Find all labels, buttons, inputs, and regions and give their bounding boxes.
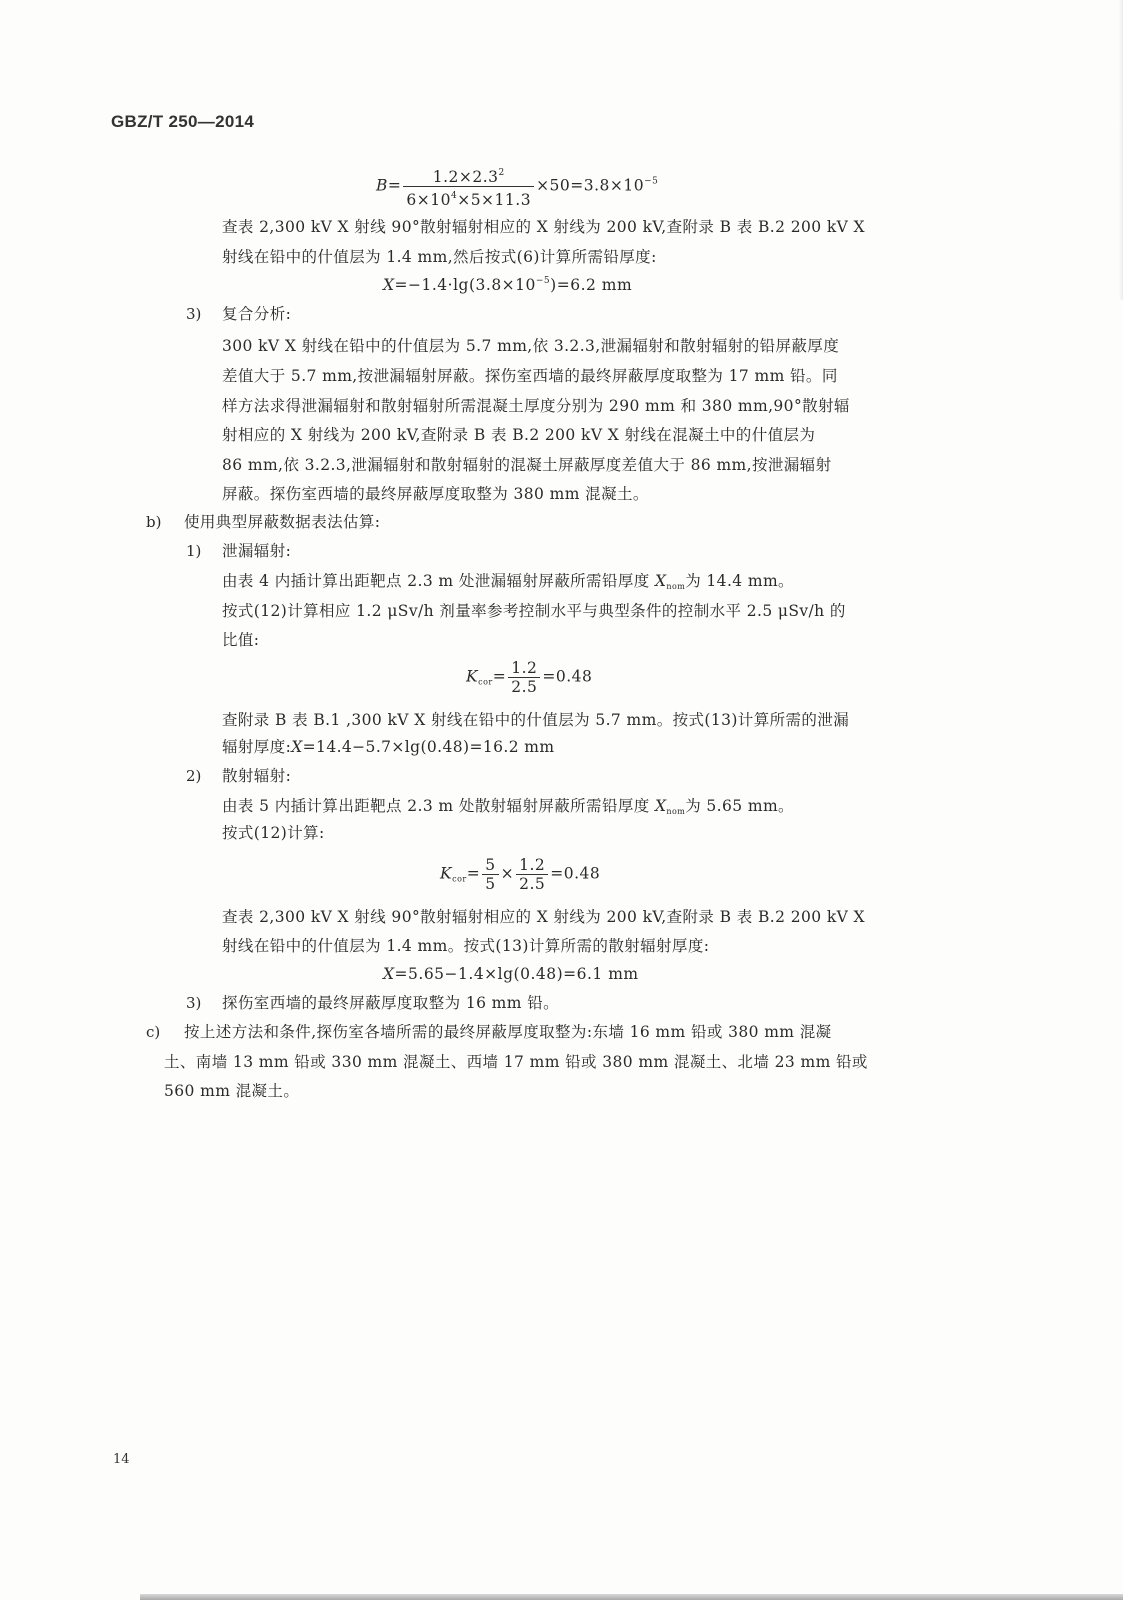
paragraph-line: 射线在铅中的什值层为 1.4 mm。按式(13)计算所需的散射辐射厚度: (222, 936, 709, 956)
standard-id-header: GBZ/T 250—2014 (111, 112, 254, 132)
page-bottom-edge (140, 1594, 1123, 1600)
fraction: 1.22.5 (516, 856, 548, 893)
list-marker: 1) (186, 541, 201, 561)
page-edge-shadow (1119, 0, 1123, 300)
page-number: 14 (113, 1452, 130, 1467)
paragraph-line: 300 kV X 射线在铅中的什值层为 5.7 mm,依 3.2.3,泄漏辐射和… (222, 336, 839, 356)
paragraph-line: 比值: (222, 630, 259, 650)
list-marker: c) (146, 1022, 160, 1042)
paragraph-line: 按上述方法和条件,探伤室各墙所需的最终屏蔽厚度取整为:东墙 16 mm 铅或 3… (184, 1022, 832, 1042)
equation-b: B=1.2×2.326×104×5×11.3×50=3.8×10−5 (376, 164, 658, 209)
fraction: 55 (482, 856, 498, 893)
paragraph-line: 按式(12)计算: (222, 823, 325, 843)
paragraph-line: 探伤室西墙的最终屏蔽厚度取整为 16 mm 铅。 (222, 993, 559, 1013)
list-marker: 3) (186, 993, 201, 1013)
paragraph-line: 查表 2,300 kV X 射线 90°散射辐射相应的 X 射线为 200 kV… (222, 217, 865, 237)
paragraph-line: 由表 5 内插计算出距靶点 2.3 m 处散射辐射屏蔽所需铅厚度 Xnom为 5… (222, 796, 794, 822)
paragraph-line: 由表 4 内插计算出距靶点 2.3 m 处泄漏辐射屏蔽所需铅厚度 Xnom为 1… (222, 571, 794, 597)
fraction: 1.22.5 (508, 659, 540, 696)
paragraph-line: 差值大于 5.7 mm,按泄漏辐射屏蔽。探伤室西墙的最终屏蔽厚度取整为 17 m… (222, 366, 838, 386)
list-marker: 2) (186, 766, 201, 786)
paragraph-line: 射线在铅中的什值层为 1.4 mm,然后按式(6)计算所需铅厚度: (222, 247, 657, 267)
fraction: 1.2×2.326×104×5×11.3 (403, 164, 534, 209)
paragraph-line: 86 mm,依 3.2.3,泄漏辐射和散射辐射的混凝土屏蔽厚度差值大于 86 m… (222, 455, 831, 475)
paragraph-line: 查附录 B 表 B.1 ,300 kV X 射线在铅中的什值层为 5.7 mm。… (222, 710, 849, 730)
paragraph-line: 样方法求得泄漏辐射和散射辐射所需混凝土厚度分别为 290 mm 和 380 mm… (222, 396, 850, 416)
paragraph-line: 土、南墙 13 mm 铅或 330 mm 混凝土、西墙 17 mm 铅或 380… (164, 1052, 868, 1072)
list-marker: 3) (186, 304, 201, 324)
paragraph-line: 屏蔽。探伤室西墙的最终屏蔽厚度取整为 380 mm 混凝土。 (222, 484, 649, 504)
section-title: 泄漏辐射: (222, 541, 291, 561)
paragraph-line: 射相应的 X 射线为 200 kV,查附录 B 表 B.2 200 kV X 射… (222, 425, 815, 445)
paragraph-line: 按式(12)计算相应 1.2 μSv/h 剂量率参考控制水平与典型条件的控制水平… (222, 601, 846, 621)
section-title: 使用典型屏蔽数据表法估算: (184, 512, 380, 532)
equation-x-scatter: X=5.65−1.4×lg(0.48)=6.1 mm (383, 965, 639, 983)
equation-k-cor-leak: Kcor=1.22.5=0.48 (466, 659, 592, 696)
paragraph-line: 查表 2,300 kV X 射线 90°散射辐射相应的 X 射线为 200 kV… (222, 907, 865, 927)
section-title: 散射辐射: (222, 766, 291, 786)
paragraph-line: 560 mm 混凝土。 (164, 1081, 299, 1101)
equation-k-cor-scatter: Kcor=55×1.22.5=0.48 (440, 856, 600, 893)
section-title: 复合分析: (222, 304, 291, 324)
list-marker: b) (146, 512, 161, 532)
paragraph-line: 辐射厚度:X=14.4−5.7×lg(0.48)=16.2 mm (222, 737, 555, 757)
equation-x-lead: X=−1.4·lg(3.8×10−5)=6.2 mm (383, 276, 632, 294)
